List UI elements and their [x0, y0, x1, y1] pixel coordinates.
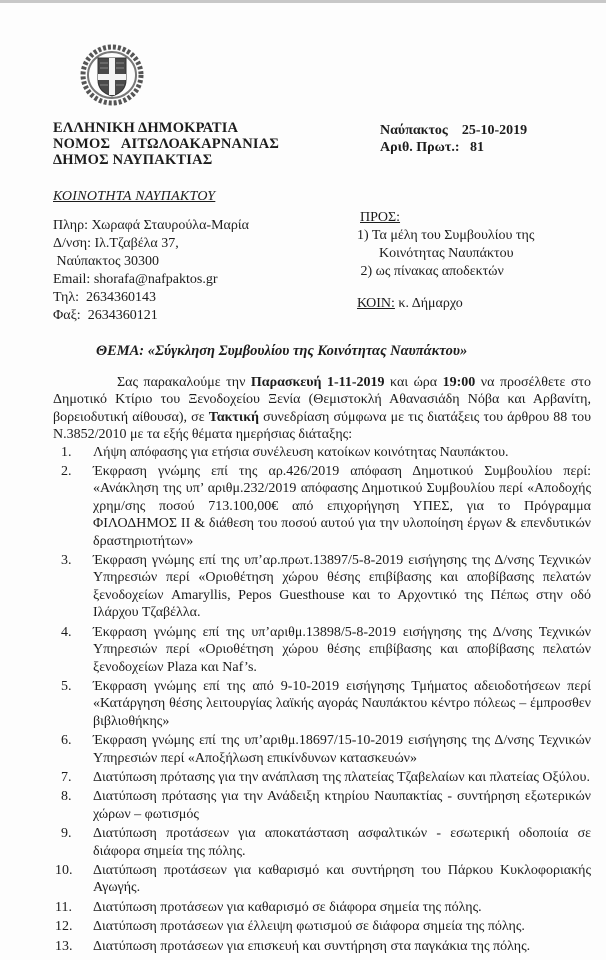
contact-person: Πληρ: Χωραφά Σταυρούλα-Μαρία: [53, 217, 249, 235]
agenda-item: 10.Διατύπωση προτάσεων για καθαρισμό και…: [53, 862, 591, 897]
agenda-list: 1.Λήψη απόφασης για ετήσια συνέλευση κατ…: [53, 444, 591, 955]
agenda-item-text: Έκφραση γνώμης επί της αρ.426/2019 απόφα…: [93, 464, 591, 549]
place-label: Ναύπακτος: [380, 123, 448, 138]
agenda-item-number: 5.: [61, 678, 72, 695]
agenda-item: 2.Έκφραση γνώμης επί της αρ.426/2019 από…: [53, 463, 591, 550]
agenda-item: 13.Διατύπωση προτάσεων για επισκευή και …: [53, 938, 591, 955]
agenda-item-text: Έκφραση γνώμης επί της υπ’αριθμ.18697/15…: [93, 733, 591, 765]
agenda-item-number: 7.: [61, 769, 72, 786]
protocol-label: Αριθ. Πρωτ.:: [380, 140, 459, 155]
agenda-item-text: Διατύπωση προτάσεων για επισκευή και συν…: [93, 939, 530, 954]
cc-line: ΚΟΙΝ: κ. Δήμαρχο: [357, 295, 534, 313]
agenda-item-text: Έκφραση γνώμης επί της από 9-10-2019 εισ…: [93, 679, 591, 729]
community-title: ΚΟΙΝΟΤΗΤΑ ΝΑΥΠΑΚΤΟΥ: [53, 189, 215, 205]
intro-text: Σας παρακαλούμε την: [117, 375, 251, 390]
agenda-item-number: 2.: [61, 463, 72, 480]
agenda-item-text: Διατύπωση προτάσεων για αποκατάσταση ασφ…: [93, 826, 591, 858]
agenda-item: 6.Έκφραση γνώμης επί της υπ’αριθμ.18697/…: [53, 732, 591, 767]
document-date: 25-10-2019: [462, 123, 527, 138]
agenda-item: 12.Διατύπωση προτάσεων για έλλειψη φωτισ…: [53, 918, 591, 935]
letter-body: Σας παρακαλούμε την Παρασκευή 1-11-2019 …: [53, 374, 591, 957]
contact-phone: Τηλ: 2634360143: [53, 289, 249, 307]
agenda-item: 11.Διατύπωση προτάσεων για καθαρισμό σε …: [53, 899, 591, 916]
contact-fax: Φαξ: 2634360121: [53, 307, 249, 325]
date-protocol-block: Ναύπακτος 25-10-2019 Αριθ. Πρωτ.: 81: [380, 122, 527, 156]
agenda-item-text: Διατύπωση πρότασης για την Ανάδειξη κτηρ…: [93, 789, 591, 821]
meeting-type: Τακτική: [209, 410, 259, 425]
protocol-number: 81: [470, 140, 484, 155]
agenda-item-number: 3.: [61, 552, 72, 569]
agenda-item-text: Διατύπωση πρότασης για την ανάπλαση της …: [93, 770, 590, 785]
issuer-line: ΝΟΜΟΣ ΑΙΤΩΛΟΑΚΑΡΝΑΝΙΑΣ: [53, 136, 279, 152]
agenda-item-text: Διατύπωση προτάσεων για καθαρισμό και συ…: [93, 863, 591, 895]
agenda-item: 9.Διατύπωση προτάσεων για αποκατάσταση α…: [53, 825, 591, 860]
agenda-item-number: 4.: [61, 624, 72, 641]
recipient-item: 1) Τα μέλη του Συμβουλίου της: [357, 227, 534, 245]
agenda-item: 8.Διατύπωση πρότασης για την Ανάδειξη κτ…: [53, 788, 591, 823]
agenda-item-text: Διατύπωση προτάσεων για καθαρισμό σε διά…: [93, 900, 482, 915]
agenda-item: 5.Έκφραση γνώμης επί της από 9-10-2019 ε…: [53, 678, 591, 730]
recipient-item: 2) ως πίνακας αποδεκτών: [357, 263, 534, 281]
agenda-item-text: Λήψη απόφασης για ετήσια συνέλευση κατοί…: [93, 445, 509, 460]
cc-label: ΚΟΙΝ:: [357, 296, 395, 311]
agenda-item-text: Έκφραση γνώμης επί της υπ’αρ.πρωτ.13897/…: [93, 553, 591, 620]
page-top-edge: [0, 0, 606, 3]
recipients-title: ΠΡΟΣ:: [360, 209, 534, 227]
issuer-line: ΕΛΛΗΝΙΚΗ ΔΗΜΟΚΡΑΤΙΑ: [53, 120, 279, 136]
agenda-item-number: 1.: [61, 444, 72, 461]
agenda-item-number: 6.: [61, 732, 72, 749]
agenda-item-number: 9.: [61, 825, 72, 842]
agenda-item: 3.Έκφραση γνώμης επί της υπ’αρ.πρωτ.1389…: [53, 552, 591, 622]
meeting-time: 19:00: [443, 375, 476, 390]
contact-block: Πληρ: Χωραφά Σταυρούλα-Μαρία Δ/νση: Ιλ.Τ…: [53, 217, 249, 325]
agenda-item-number: 13.: [55, 938, 73, 955]
meeting-date: Παρασκευή 1-11-2019: [251, 375, 385, 390]
recipients-block: ΠΡΟΣ: 1) Τα μέλη του Συμβουλίου της Κοιν…: [357, 209, 534, 313]
agenda-item-text: Έκφραση γνώμης επί της υπ’αριθμ.13898/5-…: [93, 625, 591, 675]
contact-email: Email: shorafa@nafpaktos.gr: [53, 271, 249, 289]
agenda-item-number: 12.: [55, 918, 73, 935]
contact-city: Ναύπακτος 30300: [53, 253, 249, 271]
agenda-item-number: 11.: [55, 899, 72, 916]
agenda-item-number: 10.: [55, 862, 73, 879]
issuer-line: ΔΗΜΟΣ ΝΑΥΠΑΚΤΙΑΣ: [53, 152, 279, 168]
agenda-item: 7.Διατύπωση πρότασης για την ανάπλαση τη…: [53, 769, 591, 786]
agenda-item-text: Διατύπωση προτάσεων για έλλειψη φωτισμού…: [93, 919, 525, 934]
intro-paragraph: Σας παρακαλούμε την Παρασκευή 1-11-2019 …: [53, 374, 591, 444]
contact-address: Δ/νση: Ιλ.Τζαβέλα 37,: [53, 235, 249, 253]
agenda-item: 1.Λήψη απόφασης για ετήσια συνέλευση κατ…: [53, 444, 591, 461]
agenda-item-number: 8.: [61, 788, 72, 805]
agenda-item: 4.Έκφραση γνώμης επί της υπ’αριθμ.13898/…: [53, 624, 591, 676]
recipient-item-cont: Κοινότητας Ναυπάκτου: [357, 245, 534, 263]
cc-value: κ. Δήμαρχο: [395, 296, 463, 311]
intro-text: και ώρα: [385, 375, 443, 390]
issuer-block: ΕΛΛΗΝΙΚΗ ΔΗΜΟΚΡΑΤΙΑ ΝΟΜΟΣ ΑΙΤΩΛΟΑΚΑΡΝΑΝΙ…: [53, 120, 279, 168]
coat-of-arms-icon: [80, 44, 144, 106]
subject-line: ΘΕΜΑ: «Σύγκληση Συμβουλίου της Κοινότητα…: [96, 343, 467, 360]
